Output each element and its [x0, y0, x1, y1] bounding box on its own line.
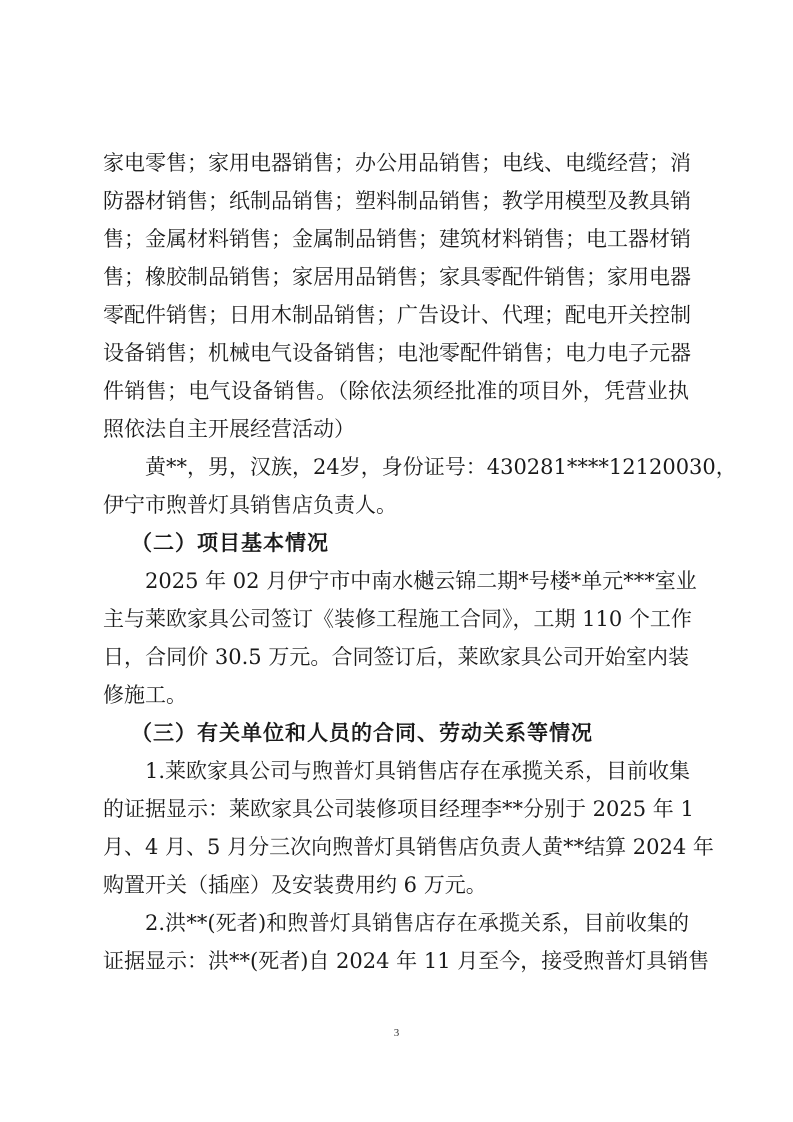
paragraph-line: 售；橡胶制品销售；家居用品销售；家具零配件销售；家用电器: [103, 258, 689, 296]
page-number: 3: [0, 1027, 793, 1039]
paragraph-line: 家电零售；家用电器销售；办公用品销售；电线、电缆经营；消: [103, 144, 689, 182]
paragraph-line: 件销售；电气设备销售。（除依法须经批准的项目外，凭营业执: [103, 372, 689, 410]
document-page: 家电零售；家用电器销售；办公用品销售；电线、电缆经营；消 防器材销售；纸制品销售…: [0, 0, 793, 1122]
paragraph-line: 修施工。: [103, 676, 689, 714]
paragraph-line: 日，合同价 30.5 万元。合同签订后，莱欧家具公司开始室内装: [103, 638, 689, 676]
paragraph-line: 2.洪**(死者)和煦普灯具销售店存在承揽关系，目前收集的: [145, 904, 689, 942]
section-heading-project-basic: （二）项目基本情况: [131, 524, 329, 562]
paragraph-line: 证据显示：洪**(死者)自 2024 年 11 月至今，接受煦普灯具销售: [103, 942, 689, 980]
person-info-line: 黄**，男，汉族，24岁，身份证号：430281****12120030，: [145, 448, 689, 486]
paragraph-line: 售；金属材料销售；金属制品销售；建筑材料销售；电工器材销: [103, 220, 689, 258]
paragraph-line: 1.莱欧家具公司与煦普灯具销售店存在承揽关系，目前收集: [145, 752, 689, 790]
paragraph-line: 设备销售；机械电气设备销售；电池零配件销售；电力电子元器: [103, 334, 689, 372]
section-heading-contracts-relations: （三）有关单位和人员的合同、劳动关系等情况: [131, 714, 593, 752]
paragraph-line: 防器材销售；纸制品销售；塑料制品销售；教学用模型及教具销: [103, 182, 689, 220]
paragraph-line: 主与莱欧家具公司签订《装修工程施工合同》，工期 110 个工作: [103, 600, 689, 638]
paragraph-line: 月、4 月、5 月分三次向煦普灯具销售店负责人黄**结算 2024 年: [103, 828, 689, 866]
paragraph-line: 购置开关（插座）及安装费用约 6 万元。: [103, 866, 689, 904]
paragraph-line: 的证据显示：莱欧家具公司装修项目经理李**分别于 2025 年 1: [103, 790, 689, 828]
paragraph-line: 照依法自主开展经营活动）: [103, 410, 689, 448]
person-info-line: 伊宁市煦普灯具销售店负责人。: [103, 486, 689, 524]
paragraph-line: 2025 年 02 月伊宁市中南水樾云锦二期*号楼*单元***室业: [145, 562, 689, 600]
paragraph-line: 零配件销售；日用木制品销售；广告设计、代理；配电开关控制: [103, 296, 689, 334]
